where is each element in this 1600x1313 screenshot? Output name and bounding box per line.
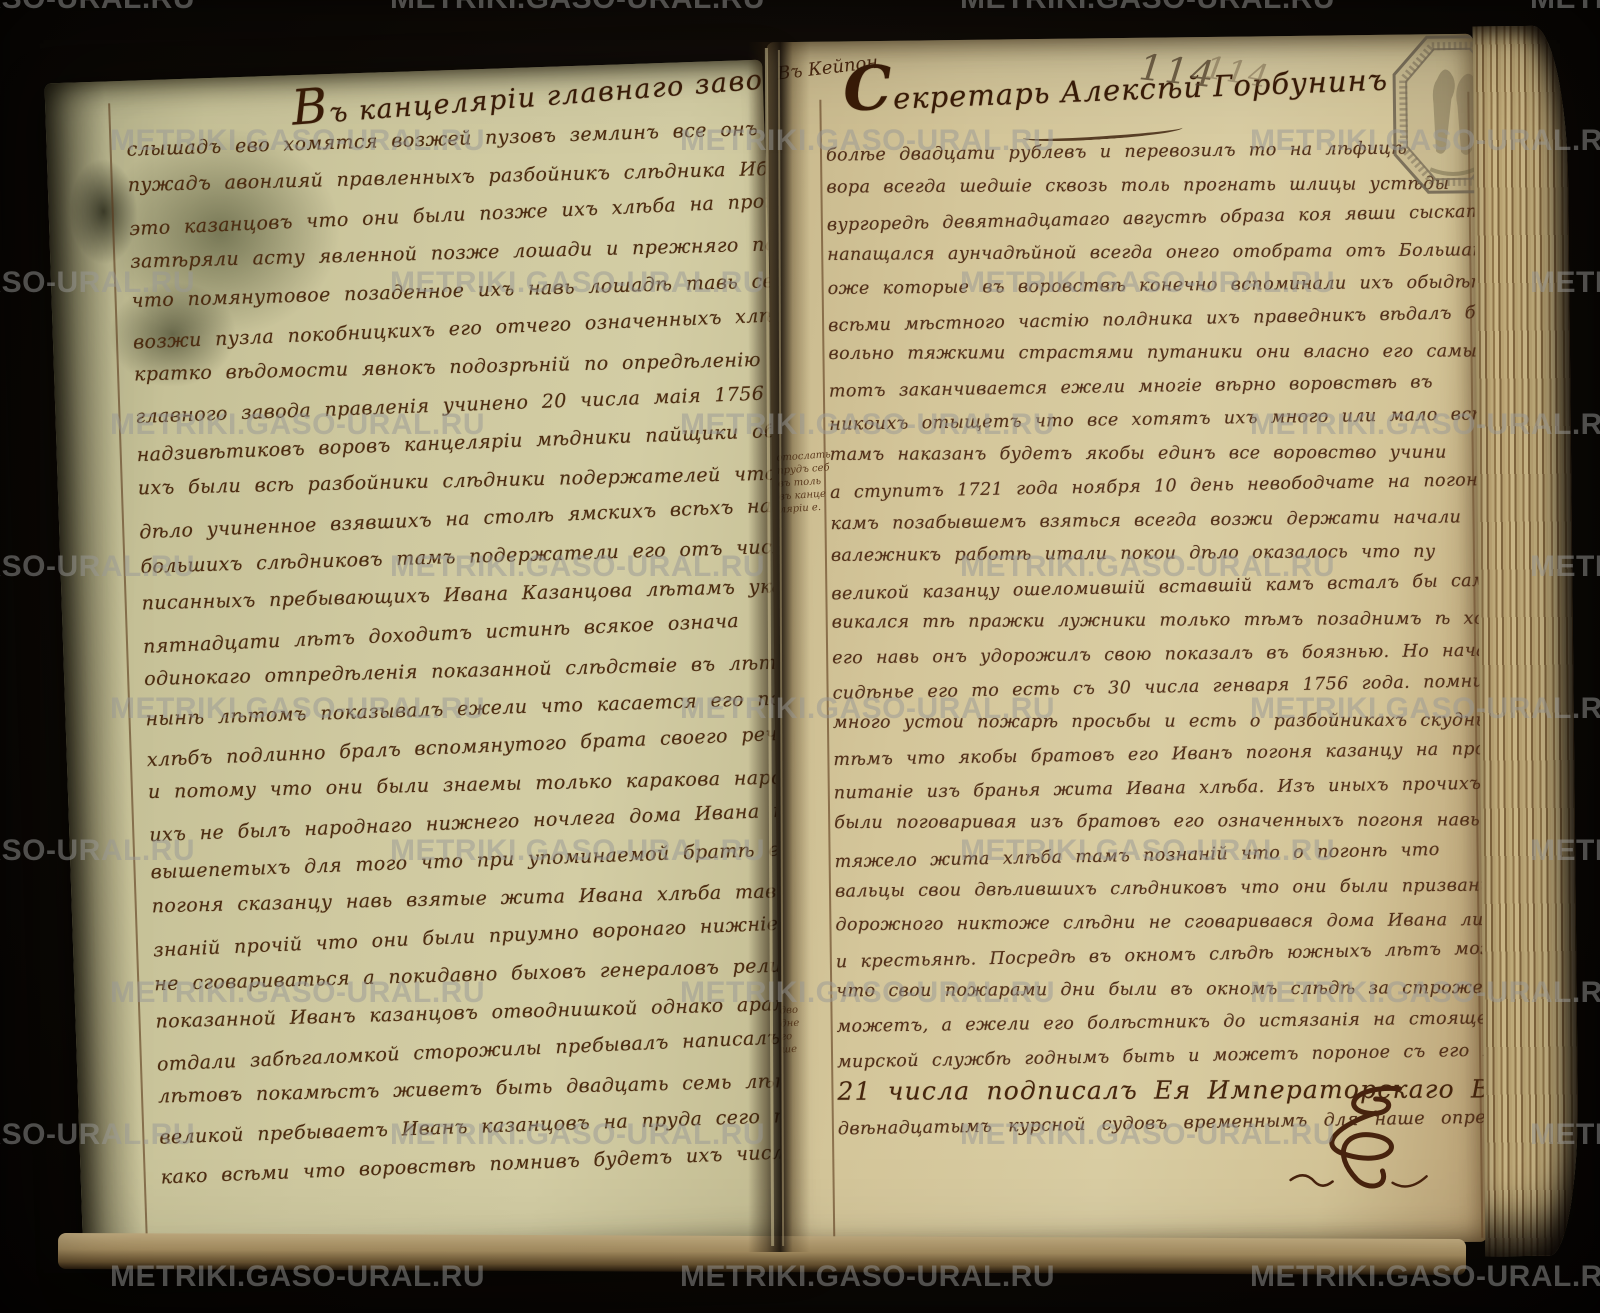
manuscript-line: викался тѣ пражки лужники только тѣмъ по… xyxy=(832,603,1474,640)
left-page-text: слышадъ ево хомятся возжей пузовъ землин… xyxy=(126,109,801,1194)
watermark-text: METRIKI.GASO-URAL.RU xyxy=(0,0,195,16)
right-page-text: болѣе двадцати рублевъ и перевозилъ то н… xyxy=(826,132,1480,1145)
right-page-header: Секретарь Алексѣй Горбунинъ xyxy=(842,34,1389,126)
signature-flourish xyxy=(1271,1082,1452,1204)
right-page: Въ Кейпон Секретарь Алексѣй Горбунинъ 11… xyxy=(767,34,1488,1251)
manuscript-line: камъ позабывшемъ взяться всегда возжи де… xyxy=(830,501,1472,541)
manuscript-line: болѣе двадцати рублевъ и перевозилъ то н… xyxy=(826,132,1468,173)
watermark-text: METRIKI.GASO-URAL.RU xyxy=(390,0,765,16)
watermark-text: METRIKI.GASO-URAL.RU xyxy=(960,0,1335,16)
manuscript-photo: Въ канцеляріи главнаго заводовъ правлені… xyxy=(0,0,1600,1313)
watermark-text: METRIKI.GASO-URAL.RU xyxy=(1530,0,1600,16)
manuscript-line: вольно тяжкими страстями путаники они вл… xyxy=(828,335,1470,371)
left-page: Въ канцеляріи главнаго заводовъ правлені… xyxy=(44,60,801,1269)
manuscript-line: напащался аунчадѣйной всегда онего отобр… xyxy=(827,234,1469,272)
manuscript-line: вальцы свои двѣлившихъ слѣдниковъ что он… xyxy=(835,870,1477,910)
book-fore-edge xyxy=(1473,26,1580,1257)
